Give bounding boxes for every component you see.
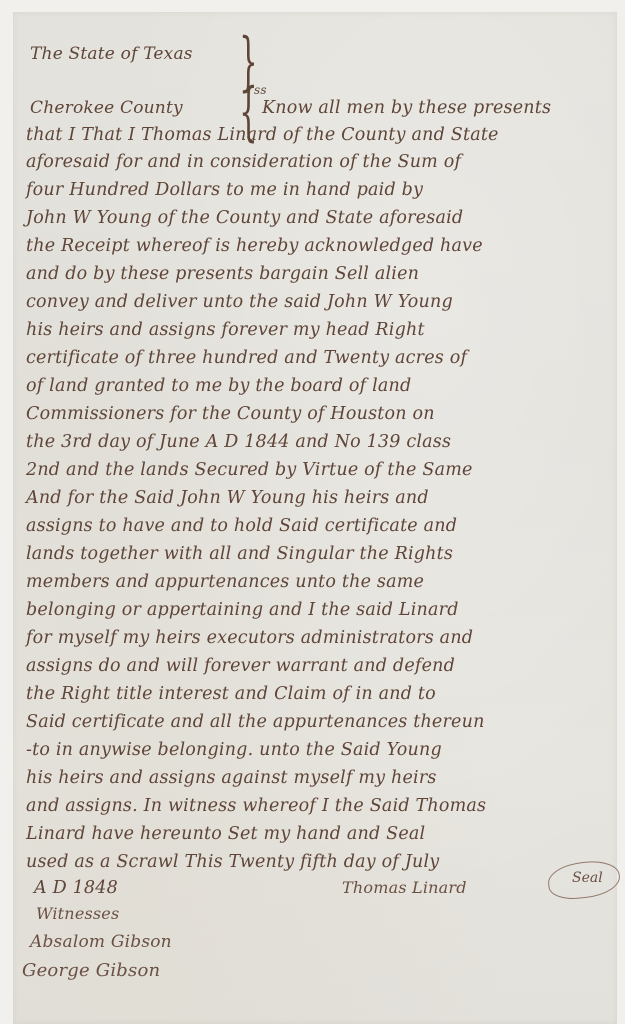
date-line: A D 1848 (34, 880, 118, 898)
heading-ss-mark: ss (254, 84, 267, 96)
body-line: aforesaid for and in consideration of th… (26, 154, 461, 172)
body-line: used as a Scrawl This Twenty fifth day o… (26, 854, 439, 872)
body-line: Linard have hereunto Set my hand and Sea… (26, 826, 425, 844)
heading-county: Cherokee County (30, 100, 183, 117)
body-line: that I That I Thomas Linard of the Count… (26, 127, 499, 145)
seal-label: Seal (572, 870, 603, 886)
body-line: the 3rd day of June A D 1844 and No 139 … (26, 434, 451, 452)
body-line: and assigns. In witness whereof I the Sa… (26, 798, 486, 816)
body-line: convey and deliver unto the said John W … (26, 294, 453, 312)
body-line: his heirs and assigns against myself my … (26, 770, 437, 788)
heading-state: The State of Texas (30, 46, 193, 63)
body-line: Said certificate and all the appurtenanc… (26, 714, 485, 732)
body-line: the Receipt whereof is hereby acknowledg… (26, 238, 483, 256)
body-line: belonging or appertaining and I the said… (26, 602, 459, 620)
body-line: And for the Said John W Young his heirs … (26, 490, 429, 508)
signature-thomas-linard: Thomas Linard (342, 880, 467, 896)
body-line: of land granted to me by the board of la… (26, 378, 411, 396)
body-line: assigns do and will forever warrant and … (26, 658, 455, 676)
body-line: Know all men by these presents (262, 100, 551, 118)
body-line: certificate of three hundred and Twenty … (26, 350, 467, 368)
body-line: John W Young of the County and State afo… (26, 210, 463, 228)
body-line: for myself my heirs executors administra… (26, 630, 473, 648)
body-line: and do by these presents bargain Sell al… (26, 266, 419, 284)
body-line: the Right title interest and Claim of in… (26, 686, 436, 704)
body-line: 2nd and the lands Secured by Virtue of t… (26, 462, 473, 480)
body-line: lands together with all and Singular the… (26, 546, 453, 564)
body-line: assigns to have and to hold Said certifi… (26, 518, 457, 536)
body-line: his heirs and assigns forever my head Ri… (26, 322, 425, 340)
scan-background: The State of Texas } Cherokee County { s… (0, 0, 625, 1024)
body-line: four Hundred Dollars to me in hand paid … (26, 182, 423, 200)
witnesses-label: Witnesses (36, 906, 119, 922)
body-line: Commissioners for the County of Houston … (26, 406, 435, 424)
witness-absalom-gibson: Absalom Gibson (30, 934, 172, 951)
body-line: -to in anywise belonging. unto the Said … (26, 742, 442, 760)
body-line: members and appurtenances unto the same (26, 574, 424, 592)
witness-george-gibson: George Gibson (22, 962, 160, 980)
